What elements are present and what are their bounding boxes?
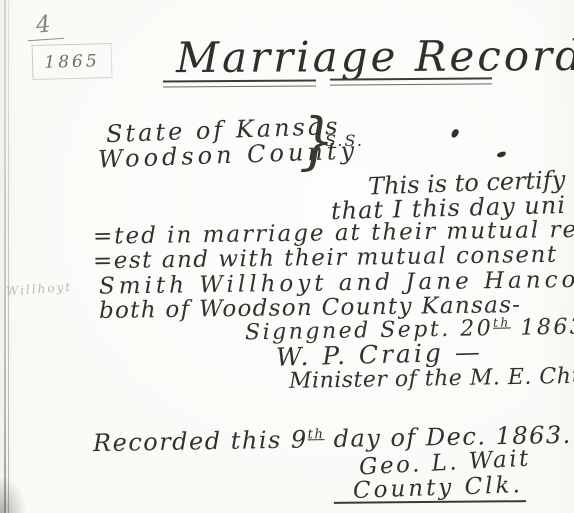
- clerk-title: County Clk.: [353, 472, 524, 504]
- title-underline-left: [163, 79, 316, 87]
- recorded-post: day of Dec. 1863.: [324, 421, 572, 453]
- binding-crease-line: [8, 0, 9, 513]
- jurat-ss-label: S.S.: [325, 131, 364, 150]
- ink-speck: [450, 128, 460, 139]
- clerk-signature-underline: [334, 500, 526, 504]
- signed-date-post: 1863.: [511, 314, 574, 340]
- recorded-ordinal: th: [307, 427, 324, 442]
- recorded-pre: Recorded this 9: [93, 425, 308, 457]
- year-stamp-box: 1865: [32, 43, 113, 80]
- signed-date-ordinal: th: [493, 315, 511, 329]
- document-page: 4 1865 Marriage Record State of Kansas W…: [0, 0, 574, 513]
- corner-smudge: [0, 478, 26, 513]
- page-number-underline: [28, 38, 64, 42]
- binding-edge-line: [4, 0, 6, 513]
- page-title: Marriage Record: [176, 31, 574, 82]
- title-underline-right: [330, 77, 492, 85]
- year-stamp: 1865: [44, 51, 100, 72]
- page-number: 4: [35, 11, 52, 38]
- minister-title: Minister of the M. E. Church: [289, 363, 574, 394]
- ink-speck: [497, 151, 507, 158]
- margin-note: Willhoyt: [6, 280, 73, 299]
